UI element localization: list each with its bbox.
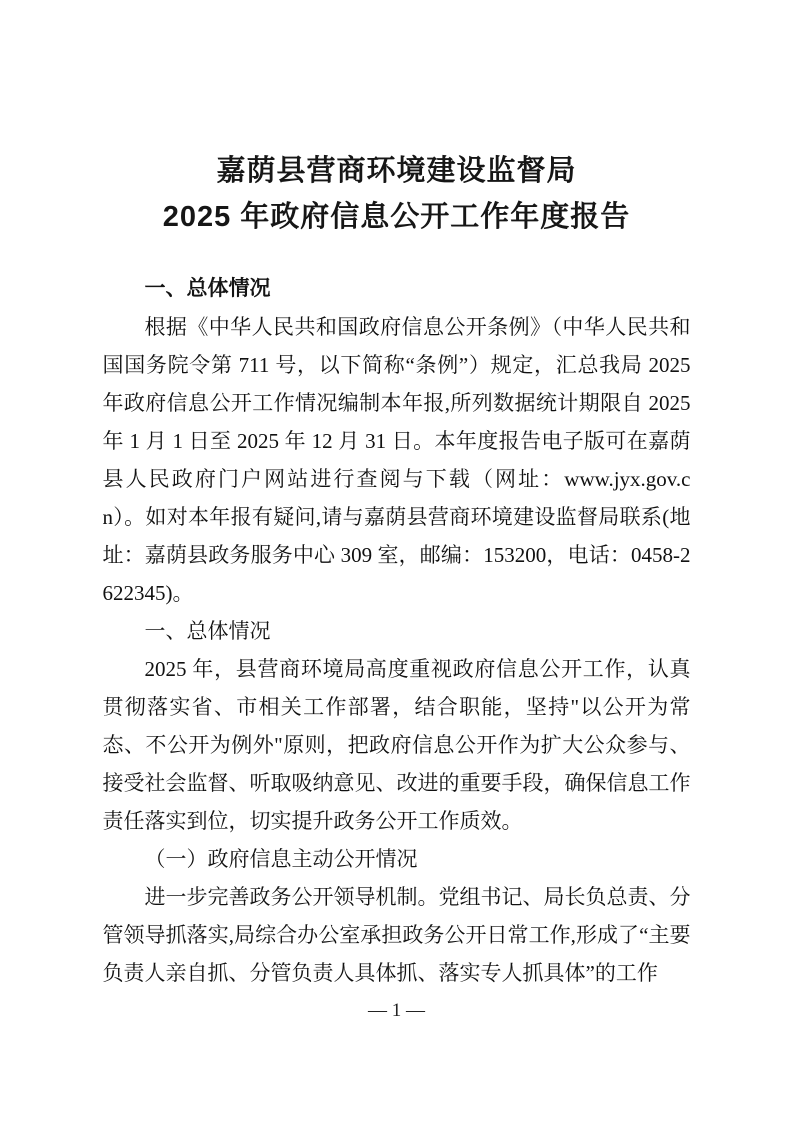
paragraph: 2025 年，县营商环境局高度重视政府信息公开工作，认真贯彻落实省、市相关工作部… <box>103 650 691 840</box>
document-body: 一、总体情况根据《中华人民共和国政府信息公开条例》（中华人民共和国国务院令第 7… <box>103 270 691 992</box>
paragraph: 根据《中华人民共和国政府信息公开条例》（中华人民共和国国务院令第 711 号，以… <box>103 308 691 612</box>
title-block: 嘉荫县营商环境建设监督局 2025 年政府信息公开工作年度报告 <box>0 0 793 240</box>
document-title-line1: 嘉荫县营商环境建设监督局 <box>0 148 793 194</box>
document-page: 嘉荫县营商环境建设监督局 2025 年政府信息公开工作年度报告 一、总体情况根据… <box>0 0 793 1122</box>
paragraph: 进一步完善政务公开领导机制。党组书记、局长负总责、分管领导抓落实,局综合办公室承… <box>103 878 691 992</box>
page-number: — 1 — <box>0 1000 793 1022</box>
section-heading: 一、总体情况 <box>103 270 691 308</box>
paragraph: （一）政府信息主动公开情况 <box>103 840 691 878</box>
paragraph: 一、总体情况 <box>103 612 691 650</box>
document-title-line2: 2025 年政府信息公开工作年度报告 <box>0 194 793 240</box>
